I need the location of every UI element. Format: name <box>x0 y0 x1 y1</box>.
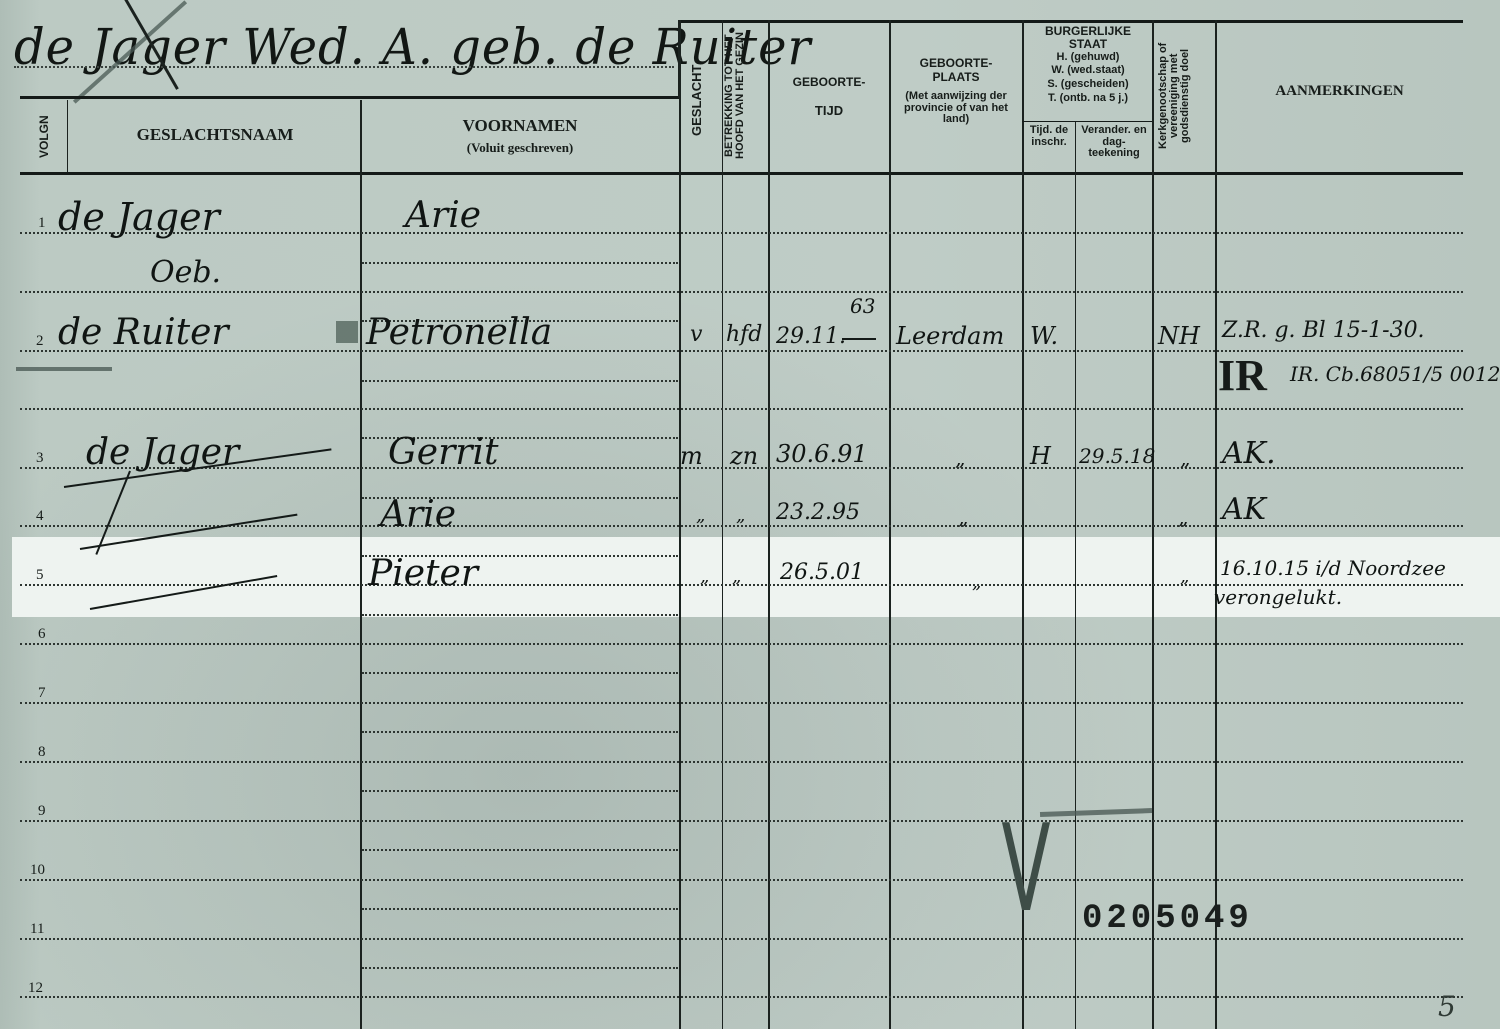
header-top-rule <box>678 20 1463 23</box>
row2-betrekking: hfd <box>726 322 762 347</box>
row5-firstname: Pieter <box>368 553 478 594</box>
header-staat-t: T. (ontb. na 5 j.) <box>1024 93 1152 105</box>
row1-surname: de Jager <box>58 195 220 239</box>
header-aanmerkingen: AANMERKINGEN <box>1217 84 1462 100</box>
row3-betrekking: zn <box>730 442 758 470</box>
row2-staat: W. <box>1030 322 1058 350</box>
header-bottom-rule <box>20 172 1463 175</box>
header-volgn: VOLGN <box>38 108 50 166</box>
row-number: 3 <box>36 450 44 467</box>
row-number: 1 <box>38 215 46 232</box>
row-subline <box>362 849 678 851</box>
header-staat-h: H. (gehuwd) <box>1024 52 1152 64</box>
row2-birthplace: Leerdam <box>896 322 1004 350</box>
birthyear-strikethrough <box>842 338 876 340</box>
row-subline <box>362 967 678 969</box>
ir-stamp: IR <box>1218 350 1267 401</box>
row-line <box>20 291 1463 293</box>
row-subline <box>362 262 678 264</box>
pencil-check-mark: V <box>1001 800 1050 939</box>
header-geslachtsnaam: GESLACHTSNAAM <box>70 126 360 144</box>
row-subline <box>362 790 678 792</box>
row5-remarks: 16.10.15 i/d Noordzee <box>1220 556 1446 580</box>
row-number: 4 <box>36 508 44 525</box>
row4-birthdate: 23.2.95 <box>776 500 860 525</box>
row1-firstname: Arie <box>405 195 481 236</box>
row-number: 2 <box>36 333 44 350</box>
row-number: 12 <box>28 980 43 997</box>
col-line-volgn <box>67 100 68 172</box>
row-subline <box>362 380 678 382</box>
header-voornamen: VOORNAMEN <box>362 117 678 135</box>
row5-kerk: „ <box>1180 566 1189 587</box>
header-tijd-inschr: Tijd. de inschr. <box>1024 125 1074 148</box>
staat-sub-rule <box>1022 121 1152 122</box>
row-line <box>20 996 1463 998</box>
row4-kerk: „ <box>1178 505 1188 529</box>
stamp-number: 0205049 <box>1082 900 1253 938</box>
row3-kerk: „ <box>1180 446 1190 470</box>
header-staat-w: W. (wed.staat) <box>1024 65 1152 77</box>
header-left-rule <box>678 20 681 98</box>
row4-betrekking: „ <box>736 505 745 526</box>
row3-remarks: AK. <box>1222 436 1276 471</box>
header-verander: Verander. en dag-teekening <box>1077 125 1151 160</box>
row-number: 5 <box>36 567 44 584</box>
row3-birthplace: „ <box>955 446 965 470</box>
row-number: 8 <box>38 744 46 761</box>
header-geboorteplaats-1: GEBOORTE- <box>891 57 1021 70</box>
row3-surname: de Jager <box>86 432 239 473</box>
row-subline <box>362 731 678 733</box>
col-line-voornamen <box>360 100 362 1029</box>
header-voornamen-sub: (Voluit geschreven) <box>362 141 678 155</box>
row4-remarks: AK <box>1222 492 1266 527</box>
row-subline <box>362 614 678 616</box>
row-number: 9 <box>38 803 46 820</box>
row-line <box>20 702 1463 704</box>
row5-betrekking: „ <box>732 566 741 587</box>
header-kerkgenootschap: Kerkgenootschap of vereeniging met godsd… <box>1158 24 1210 168</box>
row2-remarks: Z.R. g. Bl 15-1-30. <box>1222 318 1425 343</box>
row2-birthdate: 29.11. <box>776 324 846 349</box>
row2-kerk: NH <box>1158 322 1200 350</box>
row5-geslacht: „ <box>700 566 709 587</box>
row5-birthdate: 26.5.01 <box>780 560 864 585</box>
row3-staat: H <box>1030 442 1051 470</box>
col-line-verander <box>1075 122 1076 1029</box>
row-line <box>20 879 1463 881</box>
row4-geslacht: „ <box>696 505 705 526</box>
row-line <box>20 761 1463 763</box>
row-line <box>20 820 1463 822</box>
pencil-line <box>1040 808 1152 817</box>
row-line <box>20 643 1463 645</box>
row5-remarks-2: verongelukt. <box>1214 585 1342 609</box>
row3-verander: 29.5.18 <box>1079 444 1155 468</box>
row-line <box>20 408 1463 410</box>
row-subline <box>362 908 678 910</box>
row4-birthplace: „ <box>958 505 968 529</box>
row2-birthyear-correction: 63 <box>850 294 875 318</box>
pencil-margin-mark <box>16 367 112 371</box>
row-number: 10 <box>30 862 45 879</box>
row-subline <box>362 672 678 674</box>
row3-firstname: Gerrit <box>388 432 498 473</box>
row-number: 7 <box>38 685 46 702</box>
title-bottom-rule <box>20 96 680 99</box>
header-burgerlijke-2: STAAT <box>1024 38 1152 51</box>
row-line <box>20 232 1463 234</box>
row2-surname: de Ruiter <box>58 312 229 353</box>
row4-firstname: Arie <box>380 494 456 535</box>
row-line <box>20 938 1463 940</box>
header-staat-s: S. (gescheiden) <box>1024 79 1152 91</box>
header-geboortetijd-1: GEBOORTE- <box>770 76 888 89</box>
row2-remarks-2: IR. Cb.68051/5 0012 <box>1290 362 1500 386</box>
row3-birthdate: 30.6.91 <box>776 440 868 468</box>
row-number: 6 <box>38 626 46 643</box>
header-geboorteplaats-2: PLAATS <box>891 71 1021 84</box>
row1-sub-mark: Oeb. <box>150 255 221 290</box>
header-burgerlijke-1: BURGERLIJKE <box>1024 25 1152 38</box>
header-geslacht: GESLACHT <box>690 40 703 160</box>
header-geboorteplaats-sub: (Met aanwijzing der provincie of van het… <box>893 91 1019 126</box>
header-geboortetijd-2: TIJD <box>770 104 888 118</box>
row5-birthplace: „ <box>972 572 981 593</box>
row2-geslacht: v <box>690 322 702 347</box>
registration-card: de Jager Wed. A. geb. de Ruiter VOLGN GE… <box>0 0 1500 1029</box>
header-betrekking: BETREKKING TOT HET HOOFD VAN HET GEZIN <box>724 24 766 168</box>
col-line-geslacht <box>679 96 681 1029</box>
row-number: 11 <box>30 921 44 938</box>
corner-mark: 5 <box>1438 990 1456 1023</box>
stamp-square <box>336 321 358 343</box>
row3-geslacht: m <box>680 442 703 470</box>
row2-firstname: Petronella <box>366 312 552 353</box>
